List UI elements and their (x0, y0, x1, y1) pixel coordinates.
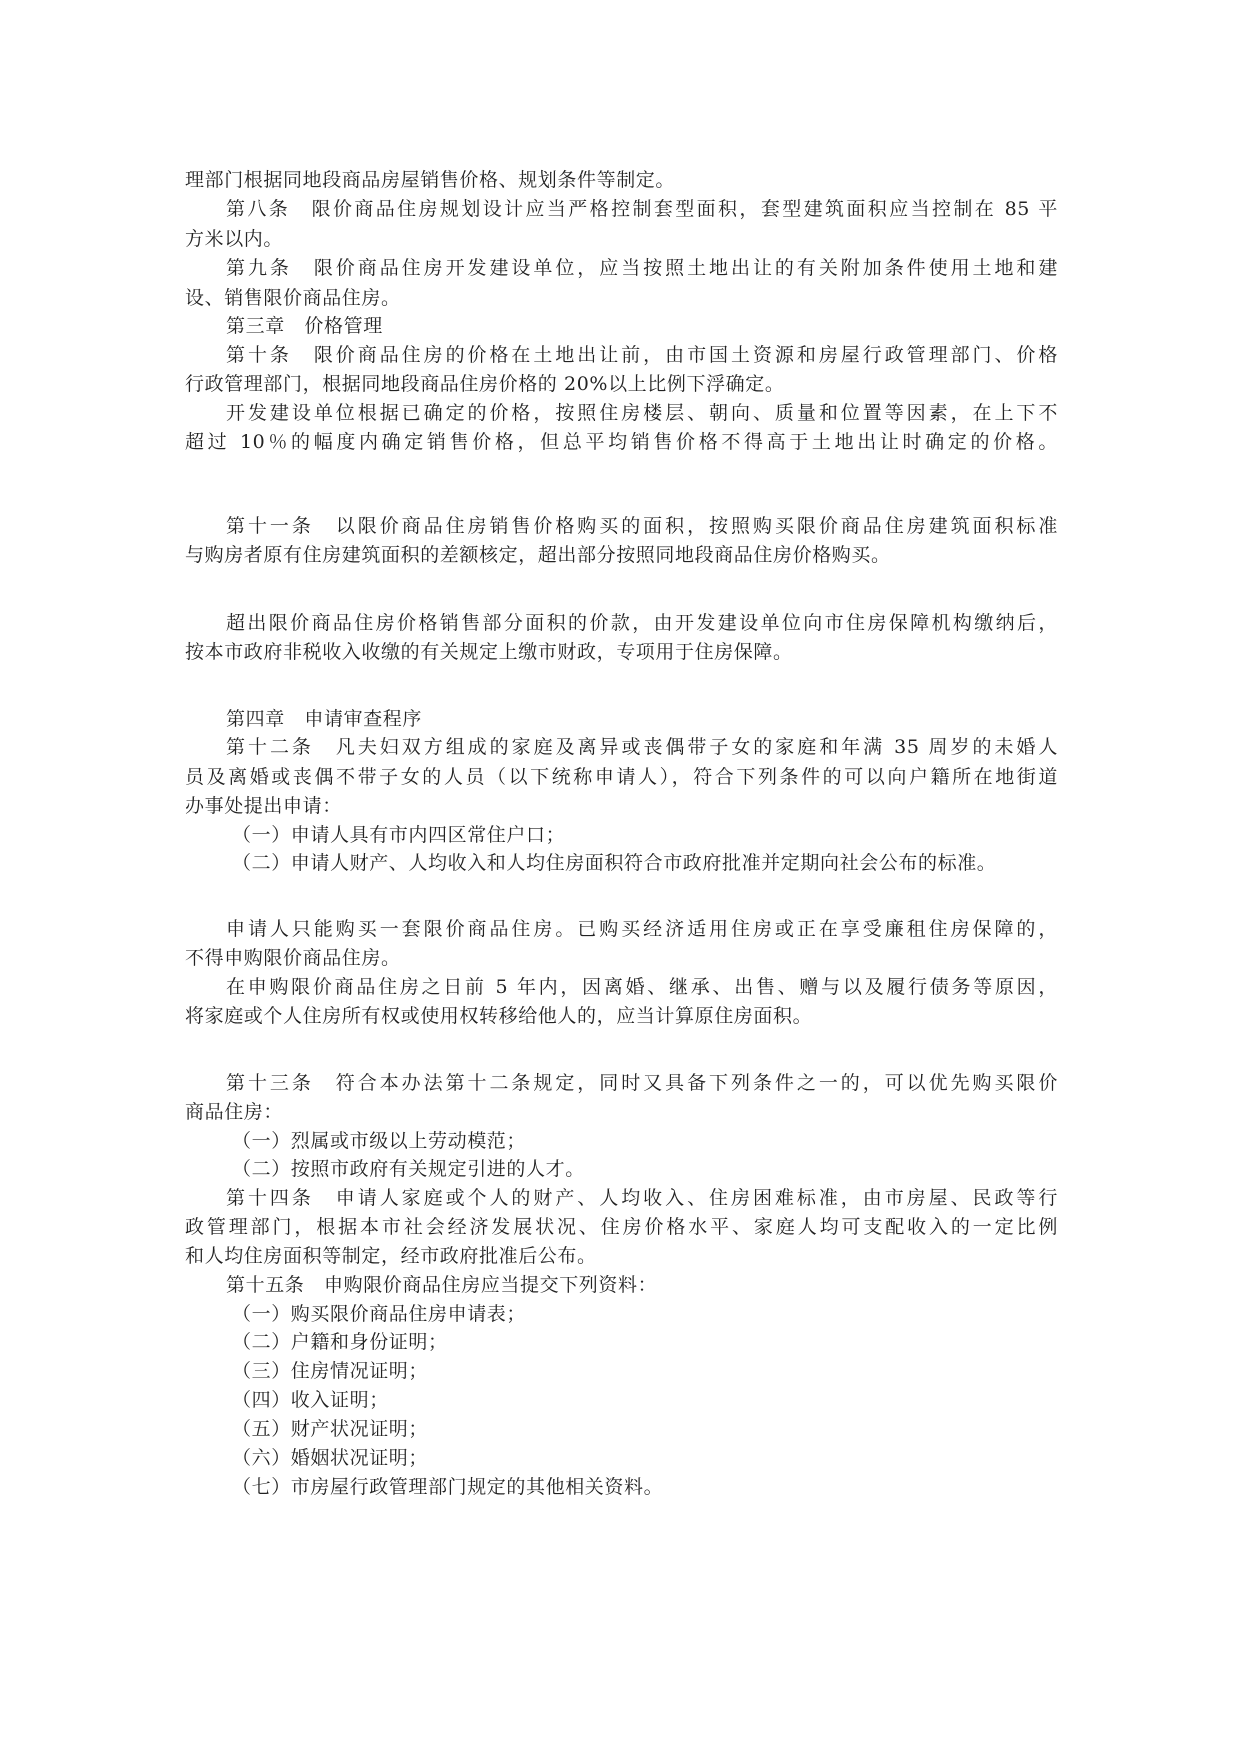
text-line: 申请人只能购买一套限价商品住房。已购买经济适用住房或正在享受廉租住房保障的， (226, 915, 1058, 943)
text-line: （一）烈属或市级以上劳动模范； (232, 1127, 1107, 1155)
text-line: 开发建设单位根据已确定的价格，按照住房楼层、朝向、质量和位置等因素，在上下不 (226, 399, 1058, 427)
text-line: 第十三条 符合本办法第十二条规定，同时又具备下列条件之一的，可以优先购买限价 (226, 1069, 1058, 1097)
text-line: 在申购限价商品住房之日前 5 年内，因离婚、继承、出售、赠与以及履行债务等原因， (226, 973, 1058, 1001)
text-line: 理部门根据同地段商品房屋销售价格、规划条件等制定。 (185, 166, 1060, 194)
text-line: 办事处提出申请： (185, 792, 1060, 820)
text-line: 政管理部门，根据本市社会经济发展状况、住房价格水平、家庭人均可支配收入的一定比例 (185, 1213, 1058, 1241)
text-line: 按本市政府非税收入收缴的有关规定上缴市财政，专项用于住房保障。 (185, 638, 1060, 666)
text-line: 方米以内。 (185, 225, 1060, 253)
text-line: 员及离婚或丧偶不带子女的人员（以下统称申请人），符合下列条件的可以向户籍所在地街… (185, 763, 1058, 791)
text-line: 第十二条 凡夫妇双方组成的家庭及离异或丧偶带子女的家庭和年满 35 周岁的未婚人 (226, 733, 1058, 761)
text-line: （二）户籍和身份证明； (232, 1328, 1107, 1356)
text-line: 第十五条 申购限价商品住房应当提交下列资料： (226, 1271, 1101, 1299)
text-line: 第三章 价格管理 (226, 312, 1101, 340)
text-line: 第十四条 申请人家庭或个人的财产、人均收入、住房困难标准，由市房屋、民政等行 (226, 1184, 1058, 1212)
text-line: 第九条 限价商品住房开发建设单位，应当按照土地出让的有关附加条件使用土地和建 (226, 254, 1058, 282)
text-line: 设、销售限价商品住房。 (185, 284, 1060, 312)
text-line: （一）购买限价商品住房申请表； (232, 1300, 1107, 1328)
text-line: 超出限价商品住房价格销售部分面积的价款，由开发建设单位向市住房保障机构缴纳后， (226, 609, 1058, 637)
text-line: 行政管理部门，根据同地段商品住房价格的 20%以上比例下浮确定。 (185, 370, 1060, 398)
text-line: 将家庭或个人住房所有权或使用权转移给他人的，应当计算原住房面积。 (185, 1002, 1060, 1030)
text-line: （三）住房情况证明； (232, 1357, 1107, 1385)
text-line: 超过 10％的幅度内确定销售价格，但总平均销售价格不得高于土地出让时确定的价格。 (185, 428, 1058, 456)
text-line: 与购房者原有住房建筑面积的差额核定，超出部分按照同地段商品住房价格购买。 (185, 541, 1060, 569)
document-page: 理部门根据同地段商品房屋销售价格、规划条件等制定。第八条 限价商品住房规划设计应… (0, 0, 1241, 1754)
text-line: （四）收入证明； (232, 1386, 1107, 1414)
text-line: （五）财产状况证明； (232, 1415, 1107, 1443)
text-line: （六）婚姻状况证明； (232, 1444, 1107, 1472)
text-line: （二）按照市政府有关规定引进的人才。 (232, 1155, 1107, 1183)
text-line: 第十一条 以限价商品住房销售价格购买的面积，按照购买限价商品住房建筑面积标准 (226, 512, 1058, 540)
text-line: 和人均住房面积等制定，经市政府批准后公布。 (185, 1242, 1060, 1270)
text-line: 第八条 限价商品住房规划设计应当严格控制套型面积，套型建筑面积应当控制在 85 … (226, 195, 1058, 223)
text-line: 不得申购限价商品住房。 (185, 944, 1060, 972)
text-line: （二）申请人财产、人均收入和人均住房面积符合市政府批准并定期向社会公布的标准。 (232, 849, 1107, 877)
text-line: 第十条 限价商品住房的价格在土地出让前，由市国土资源和房屋行政管理部门、价格 (226, 341, 1058, 369)
text-line: 第四章 申请审查程序 (226, 705, 1101, 733)
text-line: （七）市房屋行政管理部门规定的其他相关资料。 (232, 1473, 1107, 1501)
text-line: 商品住房： (185, 1098, 1060, 1126)
text-line: （一）申请人具有市内四区常住户口； (232, 821, 1107, 849)
